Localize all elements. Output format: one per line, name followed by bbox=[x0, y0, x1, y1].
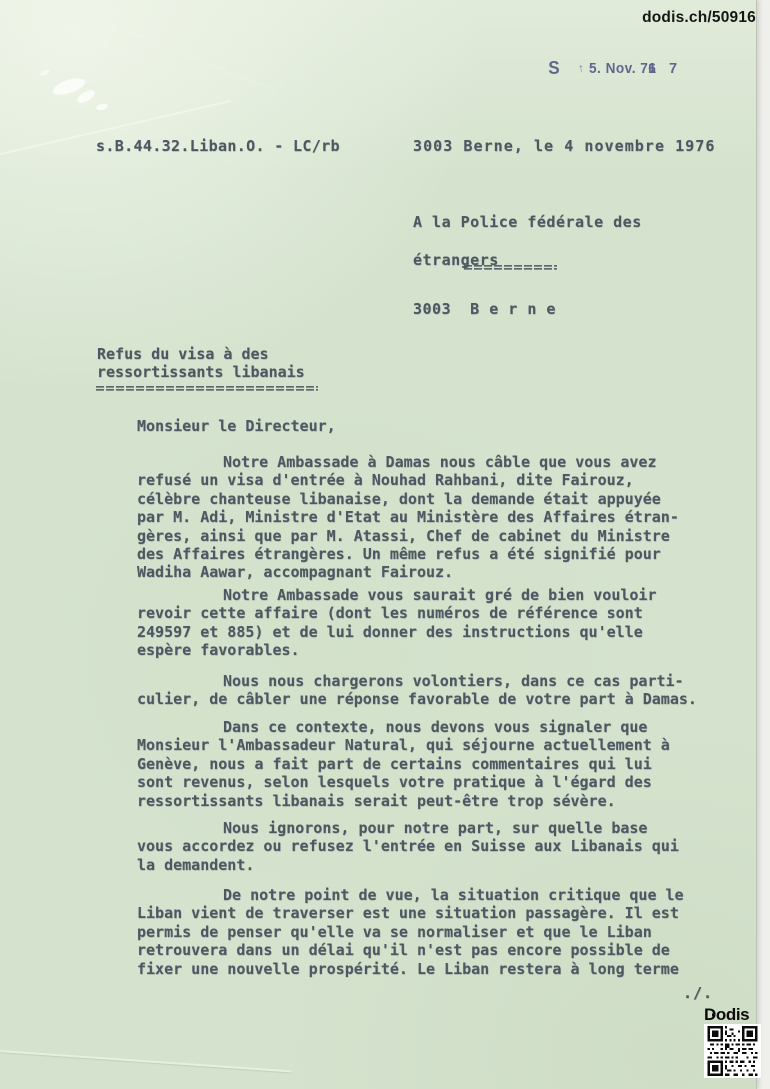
salutation: Monsieur le Directeur, bbox=[137, 417, 336, 435]
letter-paragraph: Notre Ambassade vous saurait gré de bien… bbox=[137, 586, 737, 660]
letter-paragraph: Nous nous chargerons volontiers, dans ce… bbox=[137, 672, 737, 709]
recipient-city: 3003 B e r n e bbox=[413, 300, 642, 319]
stamp-digit: 1 bbox=[648, 61, 656, 77]
document-page: dodis.ch/50916 S ↑ 5. Nov. 76 1 7 s.B.44… bbox=[0, 0, 770, 1089]
recipient-line: A la Police fédérale des bbox=[413, 213, 642, 232]
reference-number: s.B.44.32.Liban.O. - LC/rb bbox=[96, 137, 340, 155]
stamp-arrow-mark: ↑ bbox=[577, 61, 584, 76]
city-underline bbox=[464, 265, 557, 270]
subject-underline bbox=[96, 386, 318, 391]
continuation-mark: ./. bbox=[683, 984, 713, 1002]
dodis-watermark: dodis.ch/50916 bbox=[0, 9, 770, 27]
stamp-registry-letter: S bbox=[548, 58, 559, 79]
stamp-digit: 7 bbox=[669, 61, 677, 77]
dodis-logo: Dodis bbox=[704, 1006, 766, 1078]
letter-paragraph: Nous ignorons, pour notre part, sur quel… bbox=[137, 819, 737, 874]
dodis-qr-code bbox=[704, 1024, 761, 1078]
place-and-date: 3003 Berne, le 4 novembre 1976 bbox=[413, 137, 715, 155]
stamp-date: 5. Nov. 76 bbox=[589, 61, 656, 77]
subject-line: Refus du visa à des ressortissants liban… bbox=[97, 345, 305, 382]
dodis-logo-label: Dodis bbox=[704, 1005, 749, 1024]
dodis-logo-text: Dodis bbox=[704, 1006, 766, 1023]
received-date-stamp: S ↑ 5. Nov. 76 1 7 bbox=[545, 57, 715, 89]
dodis-logo-d-dot bbox=[712, 1013, 716, 1017]
letter-paragraph: De notre point de vue, la situation crit… bbox=[137, 886, 737, 978]
letter-paragraph: Notre Ambassade à Damas nous câble que v… bbox=[137, 453, 737, 582]
letter-paragraph: Dans ce contexte, nous devons vous signa… bbox=[137, 718, 737, 810]
